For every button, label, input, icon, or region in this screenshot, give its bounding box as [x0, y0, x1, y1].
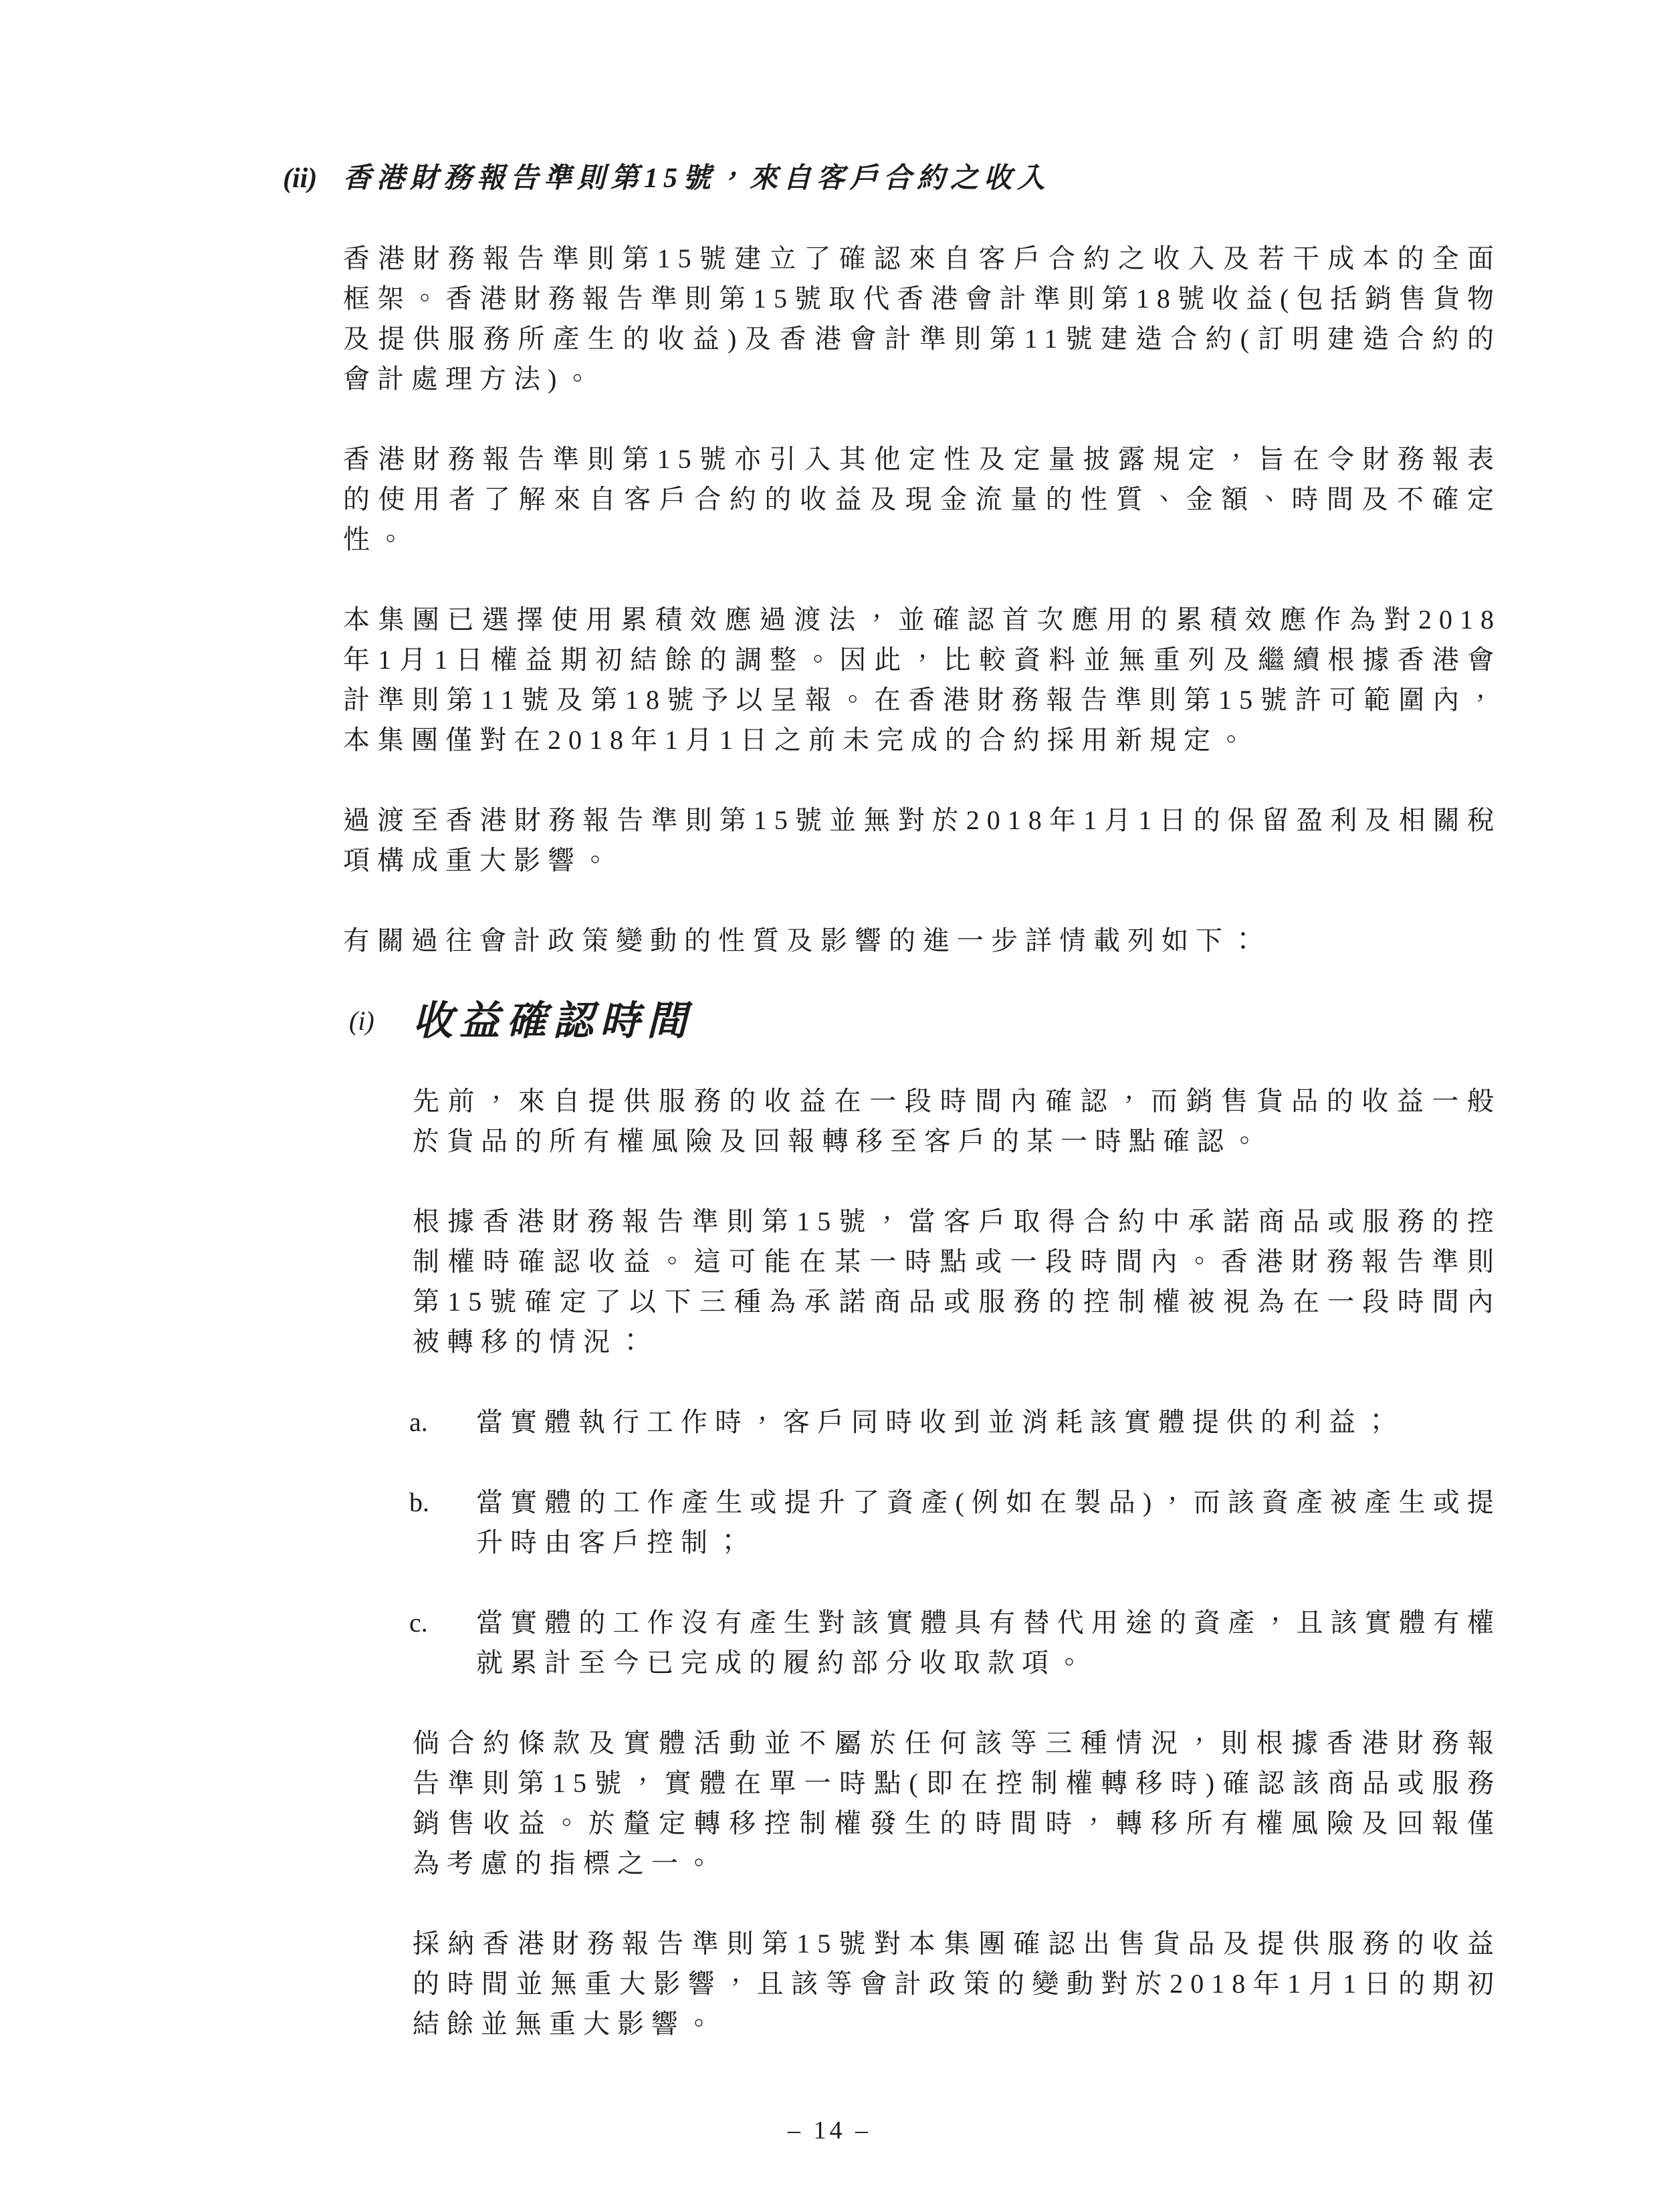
section-title: 香港財務報告準則第15號，來自客戶合約之收入 — [343, 158, 1050, 199]
list-item-b: b. 當實體的工作產生或提升了資產(例如在製品)，而該資產被產生或提升時由客戶控… — [409, 1482, 1501, 1563]
list-item-label: a. — [409, 1402, 476, 1442]
list-item-a: a. 當實體執行工作時，客戶同時收到並消耗該實體提供的利益； — [409, 1402, 1501, 1442]
list-item-text: 當實體的工作產生或提升了資產(例如在製品)，而該資產被產生或提升時由客戶控制； — [476, 1482, 1501, 1563]
list-item-label: c. — [409, 1603, 476, 1683]
section-paragraph: 有關過往會計政策變動的性質及影響的進一步詳情載列如下： — [343, 921, 1501, 961]
list-item-c: c. 當實體的工作沒有產生對該實體具有替代用途的資產，且該實體有權就累計至今已完… — [409, 1603, 1501, 1683]
page-number: – 14 – — [0, 2113, 1659, 2148]
section-paragraph: 本集團已選擇使用累積效應過渡法，並確認首次應用的累積效應作為對2018年1月1日… — [343, 600, 1501, 760]
section-paragraph: 香港財務報告準則第15號建立了確認來自客戶合約之收入及若干成本的全面框架。香港財… — [343, 239, 1501, 399]
subsection-paragraph: 採納香港財務報告準則第15號對本集團確認出售貨品及提供服務的收益的時間並無重大影… — [413, 1924, 1501, 2044]
section-label: (ii) — [283, 158, 343, 199]
subsection-label: (i) — [349, 1001, 413, 1041]
section-heading: (ii) 香港財務報告準則第15號，來自客戶合約之收入 — [283, 158, 1501, 199]
subsection-title: 收益確認時間 — [413, 1001, 693, 1041]
section-paragraph: 香港財務報告準則第15號亦引入其他定性及定量披露規定，旨在令財務報表的使用者了解… — [343, 439, 1501, 560]
subsection-paragraph: 倘合約條款及實體活動並不屬於任何該等三種情況，則根據香港財務報告準則第15號，實… — [413, 1723, 1501, 1884]
subsection-paragraph: 先前，來自提供服務的收益在一段時間內確認，而銷售貨品的收益一般於貨品的所有權風險… — [413, 1081, 1501, 1162]
section-paragraph: 過渡至香港財務報告準則第15號並無對於2018年1月1日的保留盈利及相關稅項構成… — [343, 800, 1501, 881]
subsection-heading: (i) 收益確認時間 — [349, 1001, 1501, 1041]
list-item-text: 當實體的工作沒有產生對該實體具有替代用途的資產，且該實體有權就累計至今已完成的履… — [476, 1603, 1501, 1683]
document-page: (ii) 香港財務報告準則第15號，來自客戶合約之收入 香港財務報告準則第15號… — [0, 0, 1659, 2212]
list-item-label: b. — [409, 1482, 476, 1563]
document-content: (ii) 香港財務報告準則第15號，來自客戶合約之收入 香港財務報告準則第15號… — [283, 158, 1501, 2084]
subsection-paragraph: 根據香港財務報告準則第15號，當客戶取得合約中承諾商品或服務的控制權時確認收益。… — [413, 1202, 1501, 1362]
list-item-text: 當實體執行工作時，客戶同時收到並消耗該實體提供的利益； — [476, 1402, 1501, 1442]
